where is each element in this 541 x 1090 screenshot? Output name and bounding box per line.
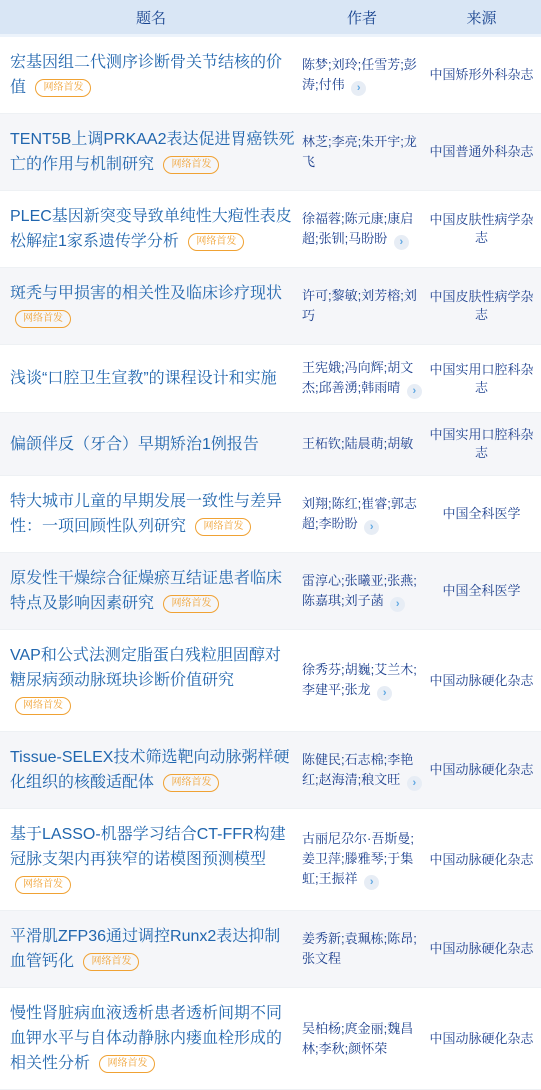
table-row: 基于LASSO-机器学习结合CT-FFR构建冠脉支架内再狭窄的诺模图预测模型 网… bbox=[0, 809, 541, 911]
header-title-column: 题名 bbox=[0, 7, 302, 28]
table-body: 宏基因组二代测序诊断骨关节结核的价值 网络首发 陈梦;刘玲;任雪芳;彭涛;付伟 … bbox=[0, 37, 541, 1090]
title-cell: 慢性肾脏病血液透析患者透析间期不同血钾水平与自体动静脉内瘘血栓形成的相关性分析 … bbox=[0, 1001, 302, 1076]
paper-title[interactable]: 偏颌伴反（牙合）早期矫治1例报告 bbox=[10, 436, 259, 453]
online-first-badge: 网络首发 bbox=[163, 156, 219, 174]
source-journal: 中国皮肤性病学杂志 bbox=[422, 288, 541, 324]
source-journal: 中国实用口腔科杂志 bbox=[422, 426, 541, 462]
title-cell: 特大城市儿童的早期发展一致性与差异性：一项回顾性队列研究 网络首发 bbox=[0, 489, 302, 539]
source-journal: 中国普通外科杂志 bbox=[422, 143, 541, 161]
authors[interactable]: 刘翔;陈红;崔睿;郭志超;李盼盼 bbox=[302, 496, 417, 531]
paper-title[interactable]: 基于LASSO-机器学习结合CT-FFR构建冠脉支架内再狭窄的诺模图预测模型 bbox=[10, 826, 286, 868]
online-first-badge: 网络首发 bbox=[99, 1055, 155, 1073]
paper-title[interactable]: Tissue-SELEX技术筛选靶向动脉粥样硬化组织的核酸适配体 bbox=[10, 749, 289, 791]
paper-title[interactable]: 斑秃与甲损害的相关性及临床诊疗现状 bbox=[10, 285, 282, 302]
authors[interactable]: 徐秀芬;胡巍;艾兰木;李建平;张龙 bbox=[302, 662, 417, 697]
source-journal: 中国动脉硬化杂志 bbox=[422, 1030, 541, 1048]
source-journal: 中国皮肤性病学杂志 bbox=[422, 211, 541, 247]
more-authors-icon[interactable]: › bbox=[390, 597, 405, 612]
paper-title[interactable]: 浅谈“口腔卫生宣教”的课程设计和实施 bbox=[10, 370, 277, 387]
authors[interactable]: 林芝;李亮;朱开宇;龙飞 bbox=[302, 134, 417, 169]
authors[interactable]: 王柘钦;陆晨萌;胡敏 bbox=[302, 436, 413, 451]
table-row: 浅谈“口腔卫生宣教”的课程设计和实施 王宪娥;冯向辉;胡文杰;邱善湧;韩雨晴 ›… bbox=[0, 345, 541, 413]
title-cell: 斑秃与甲损害的相关性及临床诊疗现状 网络首发 bbox=[0, 281, 302, 331]
authors-cell: 王柘钦;陆晨萌;胡敏 bbox=[302, 434, 422, 454]
authors[interactable]: 许可;黎敏;刘芳榕;刘巧 bbox=[302, 288, 417, 323]
table-row: 平滑肌ZFP36通过调控Runx2表达抑制血管钙化 网络首发 姜秀新;袁珮栋;陈… bbox=[0, 911, 541, 988]
online-first-badge: 网络首发 bbox=[15, 697, 71, 715]
table-row: 宏基因组二代测序诊断骨关节结核的价值 网络首发 陈梦;刘玲;任雪芳;彭涛;付伟 … bbox=[0, 37, 541, 114]
table-row: TENT5B上调PRKAA2表达促进胃癌铁死亡的作用与机制研究 网络首发 林芝;… bbox=[0, 114, 541, 191]
source-journal: 中国全科医学 bbox=[422, 582, 541, 600]
title-cell: Tissue-SELEX技术筛选靶向动脉粥样硬化组织的核酸适配体 网络首发 bbox=[0, 745, 302, 795]
more-authors-icon[interactable]: › bbox=[394, 235, 409, 250]
authors[interactable]: 古丽尼尕尔·吾斯曼;姜卫萍;滕雅琴;于集虹;王振祥 bbox=[302, 831, 414, 886]
table-row: 偏颌伴反（牙合）早期矫治1例报告 王柘钦;陆晨萌;胡敏 中国实用口腔科杂志 bbox=[0, 413, 541, 476]
online-first-badge: 网络首发 bbox=[83, 953, 139, 971]
title-cell: TENT5B上调PRKAA2表达促进胃癌铁死亡的作用与机制研究 网络首发 bbox=[0, 127, 302, 177]
source-journal: 中国动脉硬化杂志 bbox=[422, 851, 541, 869]
source-journal: 中国动脉硬化杂志 bbox=[422, 672, 541, 690]
more-authors-icon[interactable]: › bbox=[364, 875, 379, 890]
source-journal: 中国动脉硬化杂志 bbox=[422, 761, 541, 779]
paper-list-table: 题名 作者 来源 宏基因组二代测序诊断骨关节结核的价值 网络首发 陈梦;刘玲;任… bbox=[0, 0, 541, 1090]
table-row: 慢性肾脏病血液透析患者透析间期不同血钾水平与自体动静脉内瘘血栓形成的相关性分析 … bbox=[0, 988, 541, 1090]
title-cell: 原发性干燥综合征燥瘀互结证患者临床特点及影响因素研究 网络首发 bbox=[0, 566, 302, 616]
paper-title[interactable]: TENT5B上调PRKAA2表达促进胃癌铁死亡的作用与机制研究 bbox=[10, 131, 295, 173]
more-authors-icon[interactable]: › bbox=[364, 520, 379, 535]
more-authors-icon[interactable]: › bbox=[351, 81, 366, 96]
header-source-column: 来源 bbox=[422, 7, 541, 28]
authors-cell: 陈梦;刘玲;任雪芳;彭涛;付伟 › bbox=[302, 55, 422, 96]
more-authors-icon[interactable]: › bbox=[407, 384, 422, 399]
online-first-badge: 网络首发 bbox=[188, 233, 244, 251]
authors-cell: 徐秀芬;胡巍;艾兰木;李建平;张龙 › bbox=[302, 660, 422, 701]
online-first-badge: 网络首发 bbox=[163, 595, 219, 613]
source-journal: 中国矫形外科杂志 bbox=[422, 66, 541, 84]
authors[interactable]: 姜秀新;袁珮栋;陈昂;张文程 bbox=[302, 931, 417, 966]
authors-cell: 刘翔;陈红;崔睿;郭志超;李盼盼 › bbox=[302, 494, 422, 535]
authors-cell: 许可;黎敏;刘芳榕;刘巧 bbox=[302, 286, 422, 326]
source-journal: 中国实用口腔科杂志 bbox=[422, 361, 541, 397]
table-row: Tissue-SELEX技术筛选靶向动脉粥样硬化组织的核酸适配体 网络首发 陈健… bbox=[0, 732, 541, 809]
table-row: 特大城市儿童的早期发展一致性与差异性：一项回顾性队列研究 网络首发 刘翔;陈红;… bbox=[0, 476, 541, 553]
more-authors-icon[interactable]: › bbox=[377, 686, 392, 701]
authors-cell: 徐福蓉;陈元康;康启超;张钏;马盼盼 › bbox=[302, 209, 422, 250]
title-cell: 宏基因组二代测序诊断骨关节结核的价值 网络首发 bbox=[0, 50, 302, 100]
paper-title[interactable]: 原发性干燥综合征燥瘀互结证患者临床特点及影响因素研究 bbox=[10, 570, 282, 612]
paper-title[interactable]: VAP和公式法测定脂蛋白残粒胆固醇对糖尿病颈动脉斑块诊断价值研究 bbox=[10, 647, 281, 689]
authors-cell: 陈健民;石志棉;李艳红;赵海清;稂文旺 › bbox=[302, 750, 422, 791]
online-first-badge: 网络首发 bbox=[35, 79, 91, 97]
online-first-badge: 网络首发 bbox=[195, 518, 251, 536]
title-cell: 偏颌伴反（牙合）早期矫治1例报告 bbox=[0, 432, 302, 457]
more-authors-icon[interactable]: › bbox=[407, 776, 422, 791]
table-row: VAP和公式法测定脂蛋白残粒胆固醇对糖尿病颈动脉斑块诊断价值研究 网络首发 徐秀… bbox=[0, 630, 541, 732]
online-first-badge: 网络首发 bbox=[15, 310, 71, 328]
authors-cell: 王宪娥;冯向辉;胡文杰;邱善湧;韩雨晴 › bbox=[302, 358, 422, 399]
authors-cell: 姜秀新;袁珮栋;陈昂;张文程 bbox=[302, 929, 422, 969]
online-first-badge: 网络首发 bbox=[163, 774, 219, 792]
title-cell: VAP和公式法测定脂蛋白残粒胆固醇对糖尿病颈动脉斑块诊断价值研究 网络首发 bbox=[0, 643, 302, 718]
header-authors-column: 作者 bbox=[302, 7, 422, 28]
table-header: 题名 作者 来源 bbox=[0, 0, 541, 37]
authors-cell: 古丽尼尕尔·吾斯曼;姜卫萍;滕雅琴;于集虹;王振祥 › bbox=[302, 829, 422, 890]
authors[interactable]: 王宪娥;冯向辉;胡文杰;邱善湧;韩雨晴 bbox=[302, 360, 413, 395]
table-row: 原发性干燥综合征燥瘀互结证患者临床特点及影响因素研究 网络首发 雷淳心;张曦亚;… bbox=[0, 553, 541, 630]
authors-cell: 吴柏杨;庹金丽;魏昌林;李秋;颜怀荣 bbox=[302, 1019, 422, 1059]
source-journal: 中国动脉硬化杂志 bbox=[422, 940, 541, 958]
online-first-badge: 网络首发 bbox=[15, 876, 71, 894]
paper-title[interactable]: 平滑肌ZFP36通过调控Runx2表达抑制血管钙化 bbox=[10, 928, 280, 970]
table-row: PLEC基因新突变导致单纯性大疱性表皮松解症1家系遗传学分析 网络首发 徐福蓉;… bbox=[0, 191, 541, 268]
authors-cell: 林芝;李亮;朱开宇;龙飞 bbox=[302, 132, 422, 172]
table-row: 斑秃与甲损害的相关性及临床诊疗现状 网络首发 许可;黎敏;刘芳榕;刘巧 中国皮肤… bbox=[0, 268, 541, 345]
source-journal: 中国全科医学 bbox=[422, 505, 541, 523]
title-cell: PLEC基因新突变导致单纯性大疱性表皮松解症1家系遗传学分析 网络首发 bbox=[0, 204, 302, 254]
title-cell: 浅谈“口腔卫生宣教”的课程设计和实施 bbox=[0, 366, 302, 391]
authors-cell: 雷淳心;张曦亚;张燕;陈嘉琪;刘子菡 › bbox=[302, 571, 422, 612]
title-cell: 基于LASSO-机器学习结合CT-FFR构建冠脉支架内再狭窄的诺模图预测模型 网… bbox=[0, 822, 302, 897]
title-cell: 平滑肌ZFP36通过调控Runx2表达抑制血管钙化 网络首发 bbox=[0, 924, 302, 974]
paper-title[interactable]: PLEC基因新突变导致单纯性大疱性表皮松解症1家系遗传学分析 bbox=[10, 208, 292, 250]
authors[interactable]: 吴柏杨;庹金丽;魏昌林;李秋;颜怀荣 bbox=[302, 1021, 413, 1056]
authors[interactable]: 陈健民;石志棉;李艳红;赵海清;稂文旺 bbox=[302, 752, 413, 787]
